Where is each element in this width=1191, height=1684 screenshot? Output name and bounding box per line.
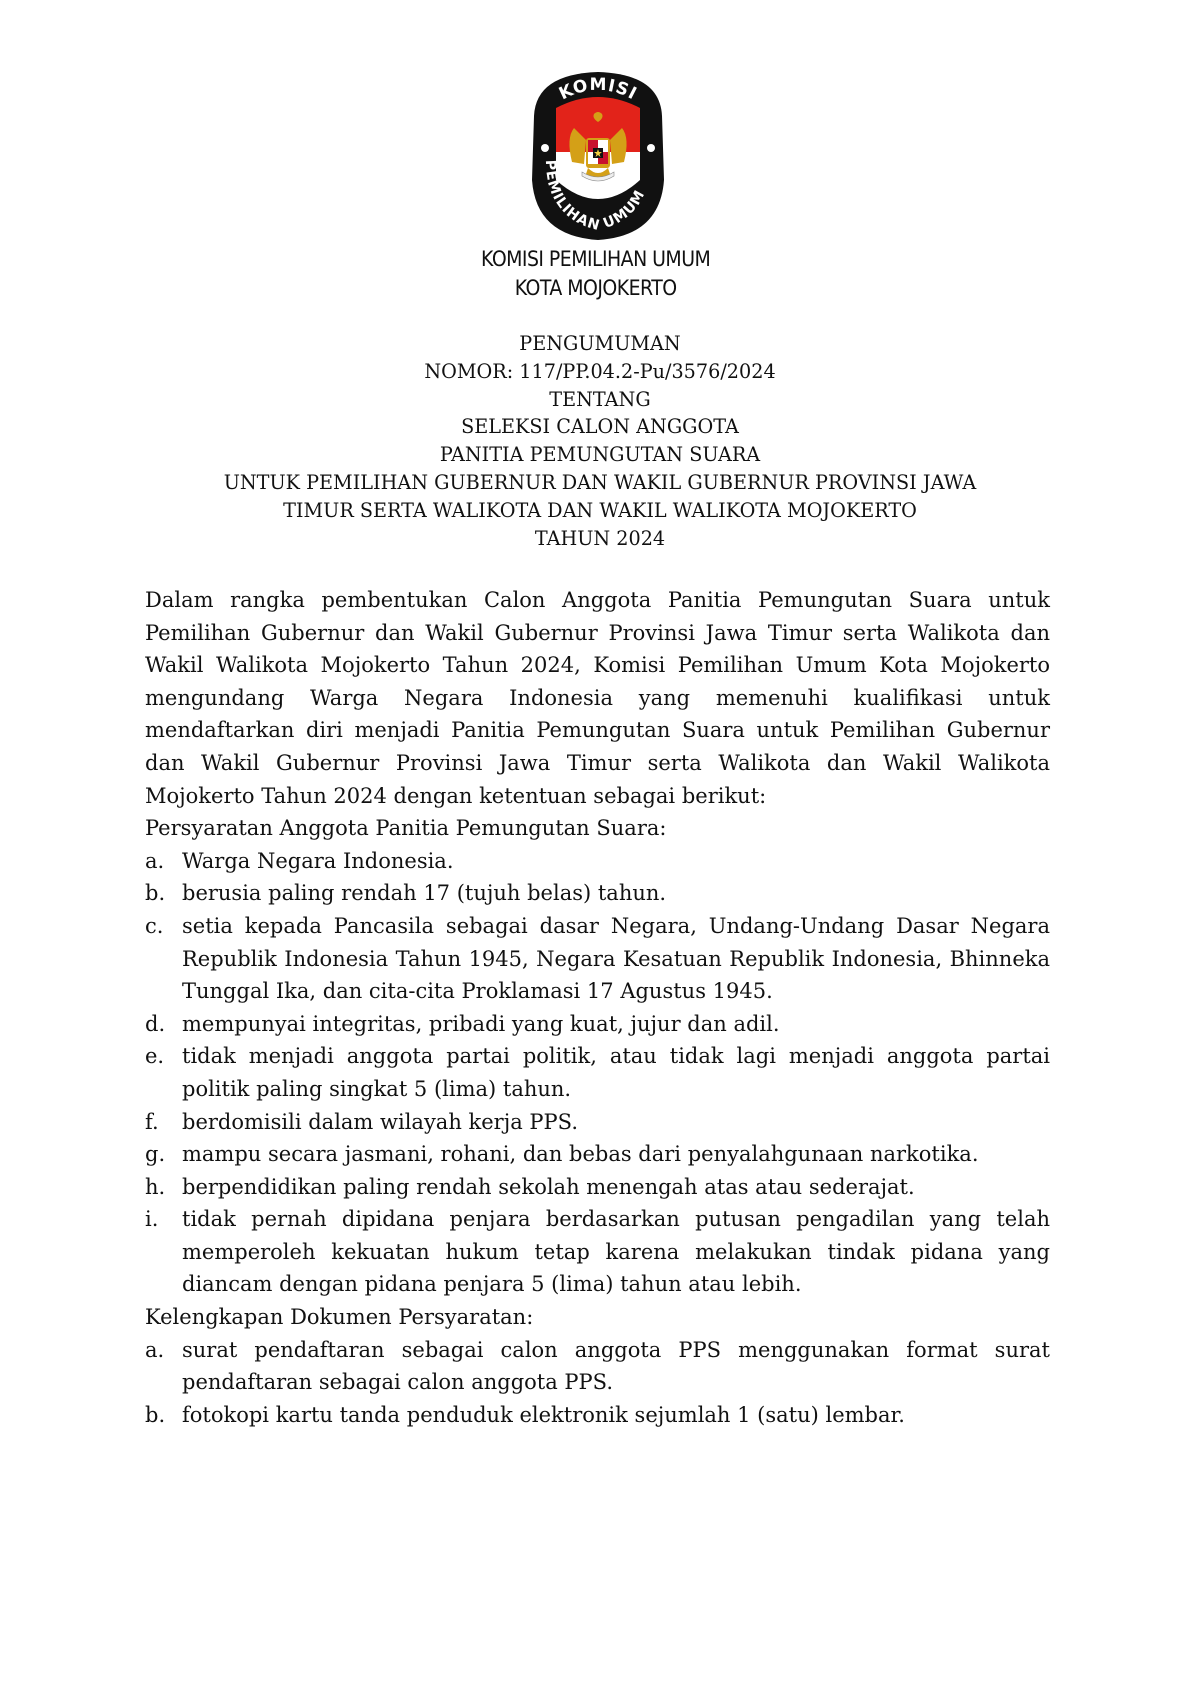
org-city: KOTA MOJOKERTO xyxy=(60,274,1132,302)
org-name: KOMISI PEMILIHAN UMUM xyxy=(60,245,1132,273)
kpu-logo: KOMISI PEMILIHAN UMUM xyxy=(526,68,670,242)
title-pengumuman: PENGUMUMAN xyxy=(158,330,1041,358)
list-marker: b. xyxy=(145,877,182,910)
intro-paragraph: Dalam rangka pembentukan Calon Anggota P… xyxy=(145,584,1050,812)
list-item: a.Warga Negara Indonesia. xyxy=(145,845,1050,878)
list-item: i.tidak pernah dipidana penjara berdasar… xyxy=(145,1203,1050,1301)
list-item-text: Warga Negara Indonesia. xyxy=(182,845,1050,878)
kpu-emblem-icon: KOMISI PEMILIHAN UMUM xyxy=(526,68,670,242)
documents-list: a.surat pendaftaran sebagai calon anggot… xyxy=(145,1334,1050,1432)
list-item-text: mampu secara jasmani, rohani, dan bebas … xyxy=(182,1138,1050,1171)
list-item-text: setia kepada Pancasila sebagai dasar Neg… xyxy=(182,910,1050,1008)
list-marker: i. xyxy=(145,1203,182,1301)
list-marker: c. xyxy=(145,910,182,1008)
requirements-heading: Persyaratan Anggota Panitia Pemungutan S… xyxy=(145,812,1050,845)
list-item: d.mempunyai integritas, pribadi yang kua… xyxy=(145,1008,1050,1041)
document-page: KOMISI PEMILIHAN UMUM KOMISI PEMILIHAN U… xyxy=(0,0,1191,1684)
title-tahun: TAHUN 2024 xyxy=(158,525,1041,553)
list-item: g.mampu secara jasmani, rohani, dan beba… xyxy=(145,1138,1050,1171)
list-item: b.fotokopi kartu tanda penduduk elektron… xyxy=(145,1399,1050,1432)
list-item-text: surat pendaftaran sebagai calon anggota … xyxy=(182,1334,1050,1399)
list-item: a.surat pendaftaran sebagai calon anggot… xyxy=(145,1334,1050,1399)
list-marker: d. xyxy=(145,1008,182,1041)
list-marker: a. xyxy=(145,1334,182,1399)
title-pemilihan-2: TIMUR SERTA WALIKOTA DAN WAKIL WALIKOTA … xyxy=(158,497,1041,525)
list-marker: a. xyxy=(145,845,182,878)
title-nomor: NOMOR: 117/PP.04.2-Pu/3576/2024 xyxy=(158,358,1041,386)
title-tentang: TENTANG xyxy=(158,386,1041,414)
title-seleksi: SELEKSI CALON ANGGOTA xyxy=(158,413,1041,441)
announcement-title: PENGUMUMAN NOMOR: 117/PP.04.2-Pu/3576/20… xyxy=(158,330,1041,552)
list-item: h.berpendidikan paling rendah sekolah me… xyxy=(145,1171,1050,1204)
list-item-text: berpendidikan paling rendah sekolah mene… xyxy=(182,1171,1050,1204)
list-item: e.tidak menjadi anggota partai politik, … xyxy=(145,1040,1050,1105)
list-item: c.setia kepada Pancasila sebagai dasar N… xyxy=(145,910,1050,1008)
list-marker: g. xyxy=(145,1138,182,1171)
list-item-text: tidak pernah dipidana penjara berdasarka… xyxy=(182,1203,1050,1301)
list-item: b.berusia paling rendah 17 (tujuh belas)… xyxy=(145,877,1050,910)
list-item-text: berdomisili dalam wilayah kerja PPS. xyxy=(182,1106,1050,1139)
title-pps: PANITIA PEMUNGUTAN SUARA xyxy=(158,441,1041,469)
list-item-text: tidak menjadi anggota partai politik, at… xyxy=(182,1040,1050,1105)
list-marker: b. xyxy=(145,1399,182,1432)
title-pemilihan-1: UNTUK PEMILIHAN GUBERNUR DAN WAKIL GUBER… xyxy=(158,469,1041,497)
list-marker: h. xyxy=(145,1171,182,1204)
list-item-text: fotokopi kartu tanda penduduk elektronik… xyxy=(182,1399,1050,1432)
list-marker: f. xyxy=(145,1106,182,1139)
list-marker: e. xyxy=(145,1040,182,1105)
list-item-text: mempunyai integritas, pribadi yang kuat,… xyxy=(182,1008,1050,1041)
list-item: f.berdomisili dalam wilayah kerja PPS. xyxy=(145,1106,1050,1139)
list-item-text: berusia paling rendah 17 (tujuh belas) t… xyxy=(182,877,1050,910)
documents-heading: Kelengkapan Dokumen Persyaratan: xyxy=(145,1301,1050,1334)
requirements-list: a.Warga Negara Indonesia. b.berusia pali… xyxy=(145,845,1050,1301)
announcement-body: Dalam rangka pembentukan Calon Anggota P… xyxy=(145,584,1050,1431)
